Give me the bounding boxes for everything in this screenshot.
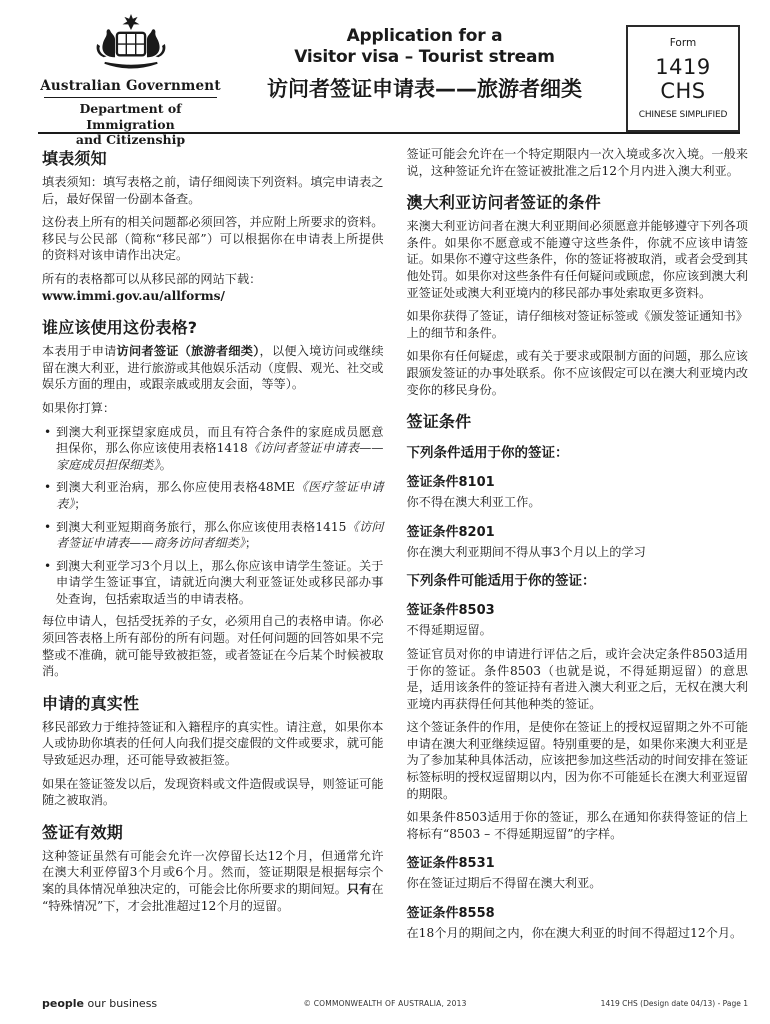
section-heading-instructions: 填表须知 <box>42 146 384 169</box>
subheading-conditions-apply: 下列条件适用于你的签证： <box>407 441 749 461</box>
list-item: 到澳大利亚治病，那么你应使用表格48ME《医疗签证申请表》； <box>42 479 384 512</box>
paragraph: 不得延期逗留。 <box>407 622 749 639</box>
condition-8101-heading: 签证条件8101 <box>407 471 749 490</box>
page-footer: people our business © COMMONWEALTH OF AU… <box>0 996 770 1010</box>
right-column: 签证可能会允许在一个特定期限内一次入境或多次入境。一般来说，这种签证允许在签证被… <box>407 146 749 949</box>
section-heading-visitor-conditions: 澳大利亚访问者签证的条件 <box>407 190 749 213</box>
paragraph: 所有的表格都可以从移民部的网站下载： www.immi.gov.au/allfo… <box>42 271 384 304</box>
paragraph: 如果条件8503适用于你的签证，那么在通知你获得签证的信上将标有“8503 – … <box>407 809 749 842</box>
only-emphasis: 只有 <box>347 882 371 896</box>
list-item: 到澳大利亚探望家庭成员，而且有符合条件的家庭成员愿意担保你，那么你应该使用表格1… <box>42 424 384 474</box>
section-heading-visa-conditions: 签证条件 <box>407 409 749 432</box>
form-title-english-line2: Visitor visa – Tourist stream <box>223 47 626 68</box>
logo-divider <box>44 97 217 98</box>
paragraph: 你在澳大利亚期间不得从事3个月以上的学习 <box>407 544 749 561</box>
footer-slogan: people our business <box>42 997 157 1010</box>
section-heading-integrity: 申请的真实性 <box>42 691 384 714</box>
paragraph: 签证官员对你的申请进行评估之后，或许会决定条件8503适用于你的签证。条件850… <box>407 646 749 712</box>
australian-government-logo: Australian Government Department of Immi… <box>38 14 223 148</box>
condition-8201-heading: 签证条件8201 <box>407 521 749 540</box>
paragraph: 每位申请人，包括受抚养的子女，必须用自己的表格申请。你必须回答表格上所有部份的所… <box>42 613 384 679</box>
list-item: 到澳大利亚短期商务旅行，那么你应该使用表格1415《访问者签证申请表——商务访问… <box>42 519 384 552</box>
paragraph: 这份表上所有的相关问题都必须回答，并应附上所要求的资料。移民与公民部（简称“移民… <box>42 214 384 264</box>
footer-form-id-page: 1419 CHS (Design date 04/13) - Page 1 <box>601 999 748 1008</box>
paragraph: 签证可能会允许在一个特定期限内一次入境或多次入境。一般来说，这种签证允许在签证被… <box>407 146 749 179</box>
paragraph: 来澳大利亚访问者在澳大利亚期间必须愿意并能够遵守下列各项条件。如果你不愿意或不能… <box>407 218 749 301</box>
subheading-conditions-may-apply: 下列条件可能适用于你的签证： <box>407 569 749 589</box>
paragraph: 移民部致力于维持签证和入籍程序的真实性。请注意，如果你本人或协助你填表的任何人向… <box>42 719 384 769</box>
form-title-chinese: 访问者签证申请表——旅游者细类 <box>223 73 626 103</box>
section-heading-who-should-use: 谁应该使用这份表格? <box>42 315 384 338</box>
paragraph: 这个签证条件的作用，是使你在签证上的授权逗留期之外不可能申请在澳大利亚继续逗留。… <box>407 719 749 802</box>
form-title-english-line1: Application for a <box>223 26 626 47</box>
page-header: Australian Government Department of Immi… <box>0 0 770 126</box>
paragraph: 如果在签证签发以后，发现资料或文件造假或误导，则签证可能随之被取消。 <box>42 776 384 809</box>
document-body: 填表须知 填表须知：填写表格之前，请仔细阅读下列资料。填完申请表之后，最好保留一… <box>0 134 770 949</box>
intent-list: 到澳大利亚探望家庭成员，而且有符合条件的家庭成员愿意担保你，那么你应该使用表格1… <box>42 424 384 608</box>
form-page: Australian Government Department of Immi… <box>0 0 770 1024</box>
condition-8503-heading: 签证条件8503 <box>407 599 749 618</box>
paragraph: 填表须知：填写表格之前，请仔细阅读下列资料。填完申请表之后，最好保留一份副本备查… <box>42 174 384 207</box>
condition-8531-heading: 签证条件8531 <box>407 852 749 871</box>
section-heading-visa-validity: 签证有效期 <box>42 820 384 843</box>
form-box-number: 1419 CHS <box>632 55 734 103</box>
form-number-box: Form 1419 CHS CHINESE SIMPLIFIED <box>626 25 740 132</box>
visa-type-emphasis: 访问者签证（旅游者细类） <box>117 344 260 358</box>
logo-department-line1: Department of Immigration <box>79 101 181 132</box>
paragraph: 你不得在澳大利亚工作。 <box>407 494 749 511</box>
condition-8558-heading: 签证条件8558 <box>407 902 749 921</box>
logo-department-line2: and Citizenship <box>76 132 185 147</box>
paragraph: 你在签证过期后不得留在澳大利亚。 <box>407 875 749 892</box>
paragraph: 如果你打算： <box>42 400 384 417</box>
forms-download-text: 所有的表格都可以从移民部的网站下载： <box>42 272 261 286</box>
form-box-language: CHINESE SIMPLIFIED <box>632 110 734 120</box>
paragraph: 这种签证虽然有可能会允许一次停留长达12个月，但通常允许在澳大利亚停留3个月或6… <box>42 848 384 914</box>
coat-of-arms-icon <box>65 14 197 76</box>
form-box-label: Form <box>632 37 734 49</box>
form-title: Application for a Visitor visa – Tourist… <box>223 14 626 103</box>
forms-download-url: www.immi.gov.au/allforms/ <box>42 289 225 303</box>
paragraph: 如果你有任何疑虑，或有关于要求或限制方面的问题，那么应该跟颁发签证的办事处联系。… <box>407 348 749 398</box>
list-item: 到澳大利亚学习3个月以上，那么你应该申请学生签证。关于申请学生签证事宜，请就近向… <box>42 558 384 608</box>
logo-government-text: Australian Government <box>38 78 223 94</box>
logo-department-text: Department of Immigration and Citizenshi… <box>38 101 223 148</box>
footer-copyright: © COMMONWEALTH OF AUSTRALIA, 2013 <box>303 999 466 1008</box>
paragraph: 本表用于申请访问者签证（旅游者细类），以便入境访问或继续留在澳大利亚，进行旅游或… <box>42 343 384 393</box>
paragraph: 在18个月的期间之内，你在澳大利亚的时间不得超过12个月。 <box>407 925 749 942</box>
paragraph: 如果你获得了签证，请仔细核对签证标签或《颁发签证通知书》上的细节和条件。 <box>407 308 749 341</box>
left-column: 填表须知 填表须知：填写表格之前，请仔细阅读下列资料。填完申请表之后，最好保留一… <box>42 146 384 949</box>
